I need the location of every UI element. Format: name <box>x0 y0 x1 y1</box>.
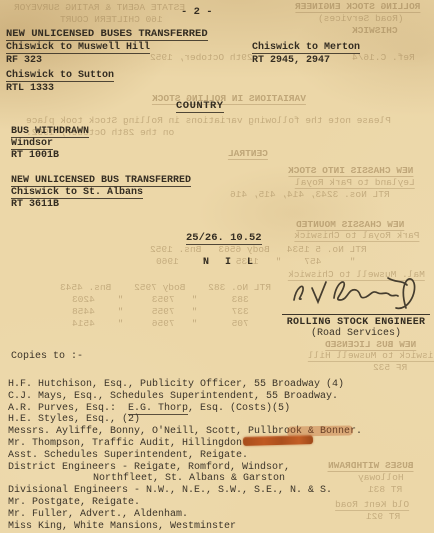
copies-line: H.E. Styles, Esq., (2) <box>8 414 362 426</box>
bleedthrough-text: 29th October, 1952 <box>150 53 253 63</box>
copies-line: Mr. Postgate, Reigate. <box>8 497 362 509</box>
copies-line: C.J. Mays, Esq., Schedules Superintenden… <box>8 391 362 403</box>
nil-entry: N I L <box>203 257 258 268</box>
copies-line-segment: , Esq. (Costs)(5) <box>188 403 290 414</box>
country-transfer-heading: NEW UNLICENSED BUS TRANSFERRED <box>11 175 191 187</box>
bleedthrough-text: Holloway <box>358 473 404 483</box>
bleedthrough-text: Ref. C.16/4 <box>352 53 415 63</box>
fleet-numbers: RT 1001B <box>11 150 59 161</box>
bus-withdrawn-heading: BUS WITHDRAWN <box>11 126 89 138</box>
bleedthrough-text: ESTATE AGENT & RATING SURVEYOR <box>14 3 185 13</box>
copies-line-segment: A.R. Purves, Esq.: <box>8 403 128 414</box>
copies-heading: Copies to :- <box>11 351 83 362</box>
copies-line-segment-underlined: E.G. Thorp <box>128 403 188 415</box>
bleedthrough-text: CENTRAL <box>228 149 268 160</box>
fleet-numbers: RT 2945, 2947 <box>252 55 330 66</box>
orange-crayon-scribble <box>243 435 313 446</box>
bleedthrough-text: Please note the following variations in … <box>26 116 391 126</box>
copies-list: H.F. Hutchison, Esq., Publicity Officer,… <box>8 379 362 532</box>
bleedthrough-text: " 457 " 1535 " 1960 <box>156 257 367 267</box>
bleedthrough-text: 705 " 7956 " 4514 <box>72 319 260 329</box>
copies-line: A.R. Purves, Esq.: E.G. Thorp, Esq. (Cos… <box>8 403 362 415</box>
bleedthrough-text: CHISWICK <box>352 26 398 36</box>
bleedthrough-text: RTL No. 5 1534 Body 6563 Bns. 1952 <box>150 245 367 255</box>
withdrawn-location: Windsor <box>11 138 53 150</box>
date-heading: 25/26. 10.52 <box>186 233 262 245</box>
fleet-numbers: RF 323 <box>6 55 42 66</box>
bleedthrough-text: RF 532 <box>373 363 407 373</box>
bleedthrough-text: RT 831 <box>368 485 402 495</box>
bleedthrough-text: 160 CHILTERN COURT <box>60 15 163 25</box>
bleedthrough-text: Chiswick to Muswell Hill <box>308 351 434 362</box>
bleedthrough-text: ROLLING STOCK ENGINEER <box>295 2 420 13</box>
bleedthrough-text: RTL Nos. 3243, 414, 415, 416 <box>230 190 390 200</box>
handwritten-signature <box>288 270 422 316</box>
scanned-memo-page: ESTATE AGENT & RATING SURVEYOR 160 CHILT… <box>0 0 434 533</box>
signoff-block: ROLLING STOCK ENGINEER (Road Services) <box>282 314 430 339</box>
copies-line: Asst. Schedules Superintendent, Reigate. <box>8 450 362 462</box>
copies-line: Miss King, White Mansions, Westminster <box>8 521 362 533</box>
route-label: Chiswick to Sutton <box>6 70 114 82</box>
fleet-numbers: RTL 1333 <box>6 83 54 94</box>
central-transfers-heading: NEW UNLICENSED BUSES TRANSFERRED <box>6 29 208 41</box>
bleedthrough-text: RT 921 <box>366 512 400 522</box>
bleedthrough-text: Park Royal to Chiswick <box>294 231 419 242</box>
bleedthrough-text: 337 " 7955 " 4458 <box>72 307 260 317</box>
route-label: Chiswick to Muswell Hill <box>6 42 150 54</box>
bleedthrough-text: (Road Services) <box>318 14 404 24</box>
country-section-heading: COUNTRY <box>176 101 224 113</box>
signoff-title: ROLLING STOCK ENGINEER <box>282 317 430 328</box>
copies-line: H.F. Hutchison, Esq., Publicity Officer,… <box>8 379 362 391</box>
copies-line: District Engineers - Reigate, Romford, W… <box>8 462 362 474</box>
copies-line: Divisional Engineers - N.W., N.E., S.W.,… <box>8 485 362 497</box>
bleedthrough-text: NEW CHASSIS INTO STOCK <box>288 166 413 177</box>
signoff-subtitle: (Road Services) <box>282 328 430 339</box>
route-label: Chiswick to Merton <box>252 42 360 54</box>
route-label: Chiswick to St. Albans <box>11 187 143 199</box>
page-number: - 2 - <box>181 7 213 18</box>
copies-line: Northfleet, St. Albans & Garston <box>8 473 362 485</box>
bleedthrough-text: Leyland to Park Royal <box>295 178 415 189</box>
bleedthrough-text: 383 " 7953 " 4203 <box>72 295 260 305</box>
copies-line: Mr. Fuller, Advert., Aldenham. <box>8 509 362 521</box>
fleet-numbers: RT 3611B <box>11 199 59 210</box>
bleedthrough-text: RTL No. 382 Body 7952 Bns. 4543 <box>60 283 271 293</box>
